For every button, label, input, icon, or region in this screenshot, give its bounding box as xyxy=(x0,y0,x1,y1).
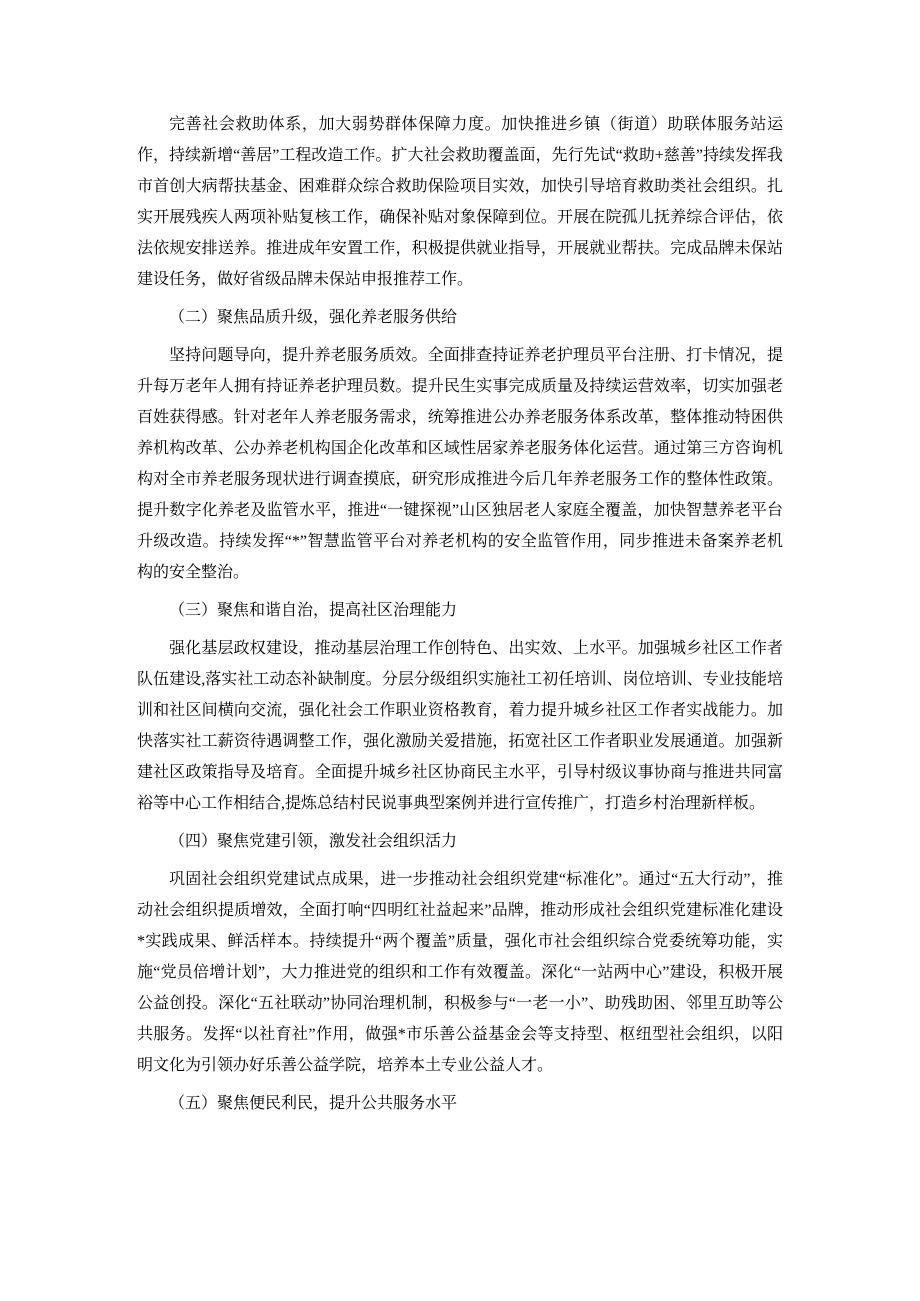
section-heading-4-party-building: （四）聚焦党建引领，激发社会组织活力 xyxy=(137,826,783,857)
section-heading-5-public-services: （五）聚焦便民利民，提升公共服务水平 xyxy=(137,1088,783,1119)
section-heading-2-elderly-care: （二）聚焦品质升级，强化养老服务供给 xyxy=(137,302,783,333)
paragraph-social-assistance: 完善社会救助体系，加大弱势群体保障力度。加快推进乡镇（街道）助联体服务站运作，持… xyxy=(137,109,783,295)
section-heading-3-community-governance: （三）聚焦和谐自治，提高社区治理能力 xyxy=(137,595,783,626)
paragraph-party-building: 巩固社会组织党建试点成果，进一步推动社会组织党建“标准化”。通过“五大行动”，推… xyxy=(137,864,783,1081)
paragraph-elderly-care: 坚持问题导向，提升养老服务质效。全面排查持证养老护理员平台注册、打卡情况，提升每… xyxy=(137,340,783,588)
paragraph-community-governance: 强化基层政权建设，推动基层治理工作创特色、出实效、上水平。加强城乡社区工作者队伍… xyxy=(137,633,783,819)
document-page: 完善社会救助体系，加大弱势群体保障力度。加快推进乡镇（街道）助联体服务站运作，持… xyxy=(0,0,920,1301)
